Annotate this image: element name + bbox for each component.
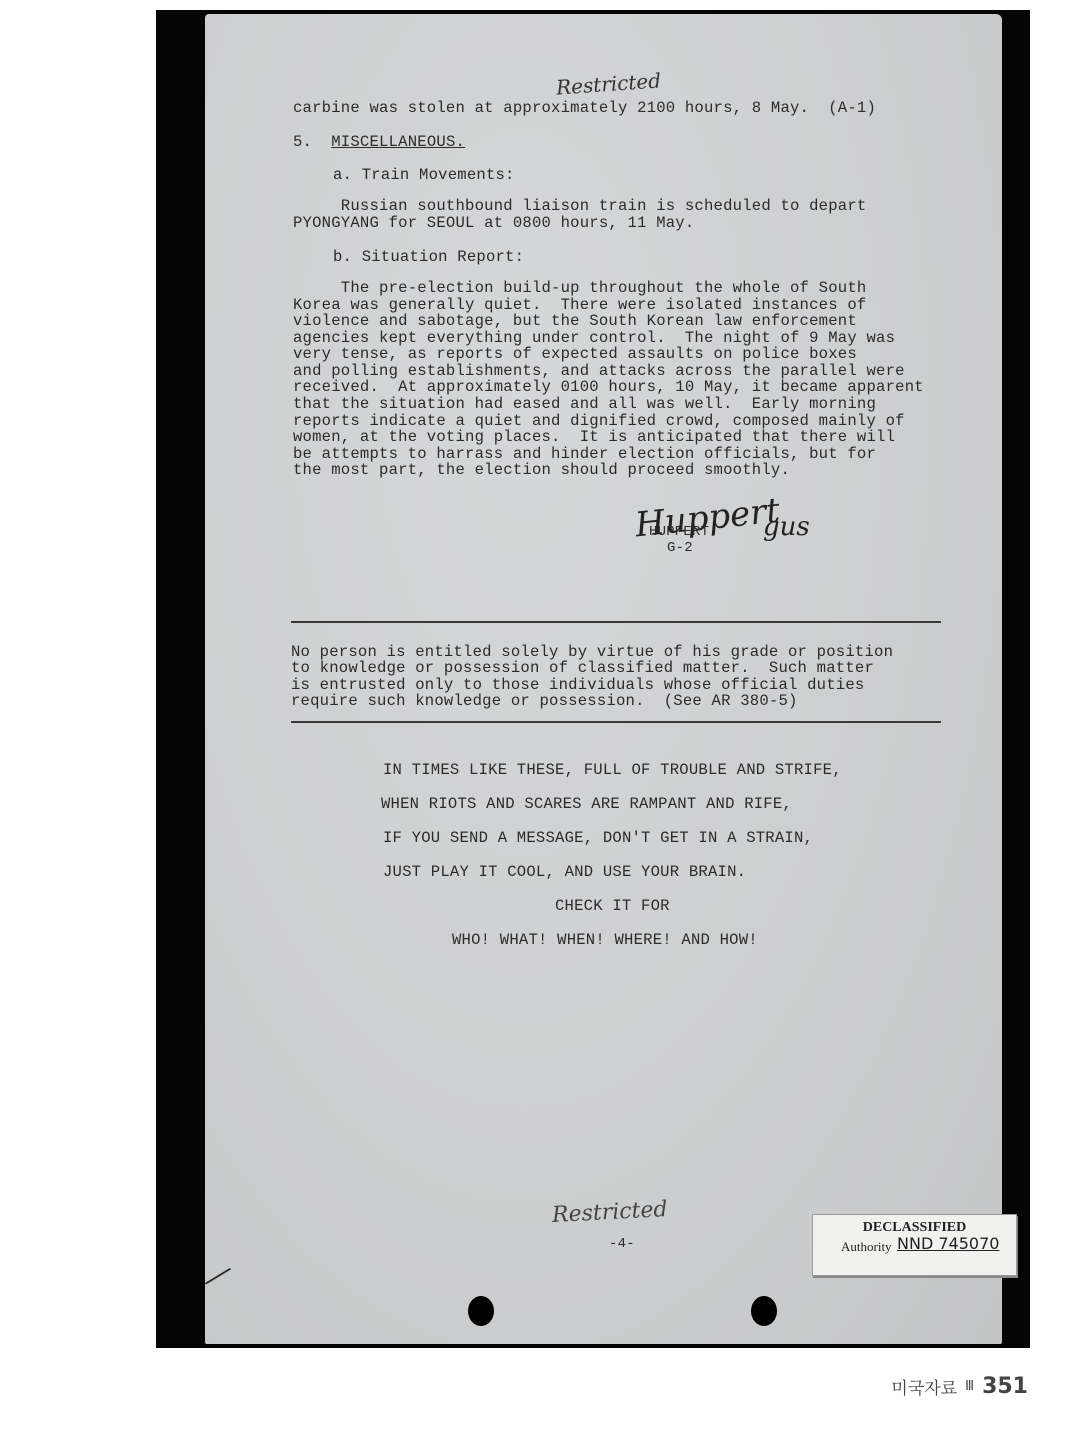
section-title: MISCELLANEOUS.: [331, 133, 465, 151]
stamp-authority-label: Authority: [841, 1239, 892, 1255]
subsection-b-label: b.: [333, 248, 352, 266]
handwritten-initials: gus: [763, 512, 810, 542]
scanned-document-frame: Restricted carbine was stolen at approxi…: [156, 10, 1030, 1348]
text-line: very tense, as reports of expected assau…: [293, 346, 857, 363]
subsection-b-title: Situation Report:: [362, 248, 524, 266]
text-line: to knowledge or possession of classified…: [291, 660, 874, 677]
subsection-a-label: a.: [333, 166, 352, 184]
text-line: PYONGYANG for SEOUL at 0800 hours, 11 Ma…: [293, 215, 694, 232]
divider-bottom: [291, 721, 941, 723]
text-line: the most part, the election should proce…: [293, 462, 790, 479]
text-line: received. At approximately 0100 hours, 1…: [293, 379, 924, 396]
punch-hole-right: [751, 1296, 777, 1326]
verse-line: IN TIMES LIKE THESE, FULL OF TROUBLE AND…: [383, 762, 842, 779]
document-page: Restricted carbine was stolen at approxi…: [205, 14, 1002, 1344]
text-line: require such knowledge or possession. (S…: [291, 693, 798, 710]
text-line: violence and sabotage, but the South Kor…: [293, 313, 857, 330]
margin-pencil-mark: ⁄: [209, 1260, 226, 1295]
text-line: The pre-election build-up throughout the…: [293, 280, 866, 297]
subsection-a-heading: a. Train Movements:: [333, 167, 515, 184]
handwritten-restricted-top: Restricted: [555, 68, 661, 99]
page-marker: -4-: [609, 1236, 635, 1253]
verse-line: JUST PLAY IT COOL, AND USE YOUR BRAIN.: [383, 864, 746, 881]
divider-top: [291, 621, 941, 623]
footer-separator: Ⅲ: [965, 1379, 974, 1394]
footer-page-number: 351: [982, 1374, 1028, 1399]
text-line: that the situation had eased and all was…: [293, 396, 876, 413]
intro-line: carbine was stolen at approximately 2100…: [293, 100, 876, 117]
verse-final-line: WHO! WHAT! WHEN! WHERE! AND HOW!: [452, 932, 758, 949]
stamp-authority-value: NND 745070: [897, 1234, 999, 1253]
office-code: G-2: [667, 540, 693, 557]
handwritten-restricted-bottom: Restricted: [551, 1197, 668, 1228]
section-number: 5.: [293, 133, 312, 151]
verse-line: WHEN RIOTS AND SCARES ARE RAMPANT AND RI…: [381, 796, 792, 813]
footer-label: 미국자료: [891, 1379, 957, 1399]
subsection-a-title: Train Movements:: [362, 166, 515, 184]
section-heading: 5. MISCELLANEOUS.: [293, 134, 465, 151]
typed-name: HUPPERT: [649, 524, 709, 541]
text-line: Russian southbound liaison train is sche…: [293, 198, 866, 215]
text-line: women, at the voting places. It is antic…: [293, 429, 895, 446]
verse-check-line: CHECK IT FOR: [555, 898, 670, 915]
declassified-stamp: DECLASSIFIED Authority NND 745070: [812, 1214, 1017, 1276]
punch-hole-left: [468, 1296, 494, 1326]
page-footer: 미국자료Ⅲ351: [891, 1374, 1028, 1399]
verse-line: IF YOU SEND A MESSAGE, DON'T GET IN A ST…: [383, 830, 813, 847]
subsection-b-heading: b. Situation Report:: [333, 249, 524, 266]
